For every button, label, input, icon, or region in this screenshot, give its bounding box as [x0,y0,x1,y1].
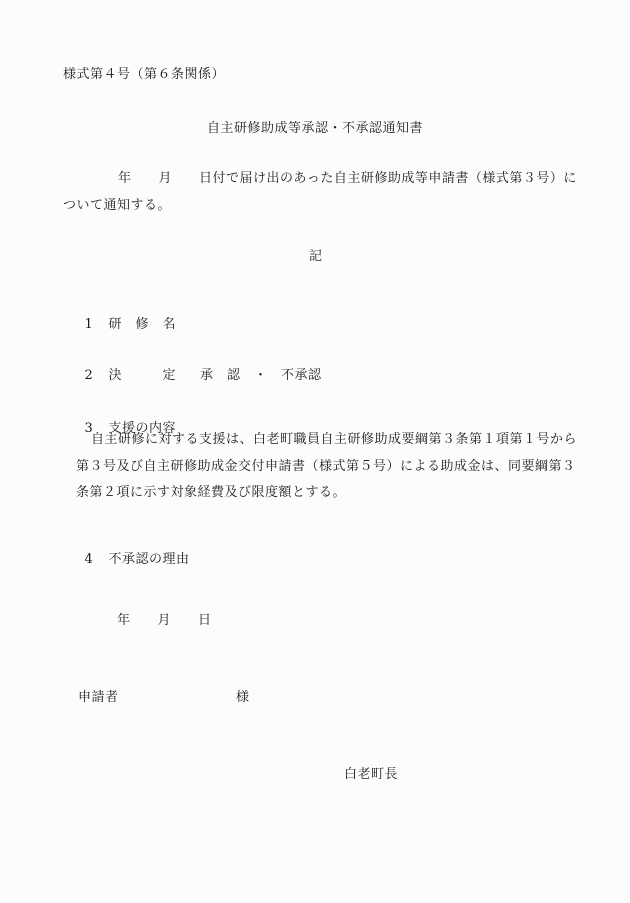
item-number: 4 [85,552,109,568]
notice-date: 年 月 日 [117,613,212,629]
item-label: 不承認の理由 [109,552,190,567]
issuer-name: 白老町長 [344,767,398,783]
item-number: 2 [85,368,109,384]
item-rejection-reason: 4不承認の理由 [66,536,190,584]
applicant-label: 申請者 [78,690,119,706]
item-training-name: 1研 修 名 [66,301,176,349]
decision-options: 承 認 ・ 不承認 [200,368,322,383]
support-content-line-1: 自主研修に対する支援は、白老町職員自主研修助成要綱第３条第１項第１号から [91,432,577,448]
document-title: 自主研修助成等承認・不承認通知書 [207,121,423,137]
item-label: 研 修 名 [109,317,177,332]
applicant-honorific: 様 [236,690,250,706]
intro-text-line-1: 年 月 日付で届け出のあった自主研修助成等申請書（様式第３号）に [118,171,577,187]
support-content-line-2: 第３号及び自主研修助成金交付申請書（様式第５号）による助成金は、同要綱第３ [76,459,576,475]
support-content-line-3: 条第２項に示す対象経費及び限度額とする。 [76,485,346,501]
item-decision: 2決 定承 認 ・ 不承認 [66,352,322,400]
item-label: 決 定 [109,368,177,383]
form-number: 様式第４号（第６条関係） [63,67,225,83]
item-number: 1 [85,317,109,333]
ki-heading: 記 [309,249,323,265]
intro-text-line-2: ついて通知する。 [63,198,171,214]
